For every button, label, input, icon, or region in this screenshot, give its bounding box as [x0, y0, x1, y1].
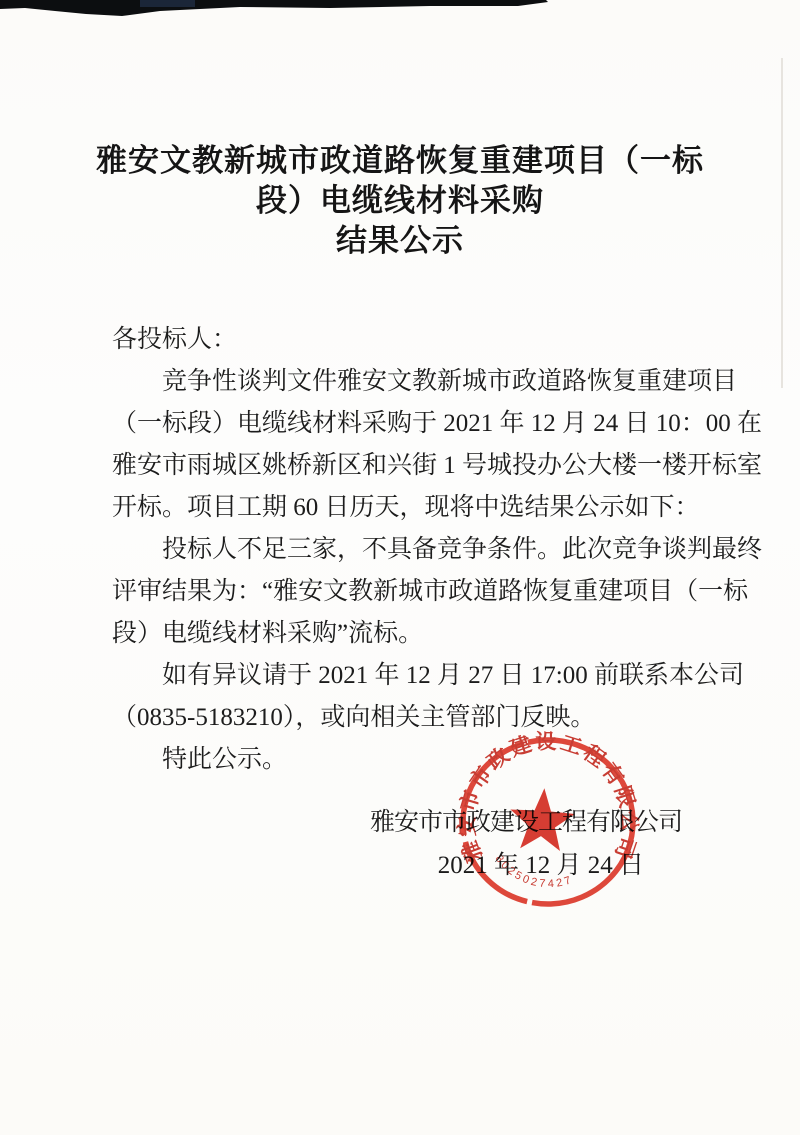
title-line-1: 雅安文教新城市政道路恢复重建项目（一标: [60, 141, 740, 181]
seal-ring-text-container: 雅安市市政建设工程有限公司: [452, 726, 643, 870]
body-line: 竞争性谈判文件雅安文教新城市政道路恢复重建项目: [112, 361, 712, 403]
body-line: 评审结果为：“雅安文教新城市政道路恢复重建项目（一标: [112, 571, 712, 613]
page-edge-shadow: [781, 58, 783, 388]
title-line-2: 段）电缆线材料采购: [60, 181, 740, 221]
document-title: 雅安文教新城市政道路恢复重建项目（一标 段）电缆线材料采购 结果公示: [60, 141, 740, 261]
seal-ring-text: 雅安市市政建设工程有限公司: [452, 726, 643, 870]
scanned-document-page: 雅安文教新城市政道路恢复重建项目（一标 段）电缆线材料采购 结果公示 各投标人：…: [0, 0, 800, 1135]
seal-star: [510, 787, 577, 852]
body-line: 开标。项目工期 60 日历天，现将中选结果公示如下：: [112, 487, 712, 529]
company-seal-stamp: 雅安市市政建设工程有限公司 8025027427: [445, 725, 652, 922]
body-line: 投标人不足三家，不具备竞争条件。此次竞争谈判最终: [112, 529, 712, 571]
scan-artifact-blue-tint: [140, 0, 195, 7]
scan-artifact-top-band: [0, 0, 560, 20]
body-line: （一标段）电缆线材料采购于 2021 年 12 月 24 日 10：00 在: [112, 403, 712, 445]
body-line: 雅安市雨城区姚桥新区和兴街 1 号城投办公大楼一楼开标室: [112, 445, 712, 487]
body-line: 段）电缆线材料采购”流标。: [112, 613, 712, 655]
title-line-3: 结果公示: [60, 221, 740, 261]
seal-serial-container: 8025027427: [492, 850, 575, 892]
seal-serial-number: 8025027427: [492, 850, 575, 892]
salutation-line: 各投标人：: [112, 319, 712, 361]
document-body: 各投标人： 竞争性谈判文件雅安文教新城市政道路恢复重建项目 （一标段）电缆线材料…: [112, 319, 712, 781]
body-line: 如有异议请于 2021 年 12 月 27 日 17:00 前联系本公司: [112, 655, 712, 697]
